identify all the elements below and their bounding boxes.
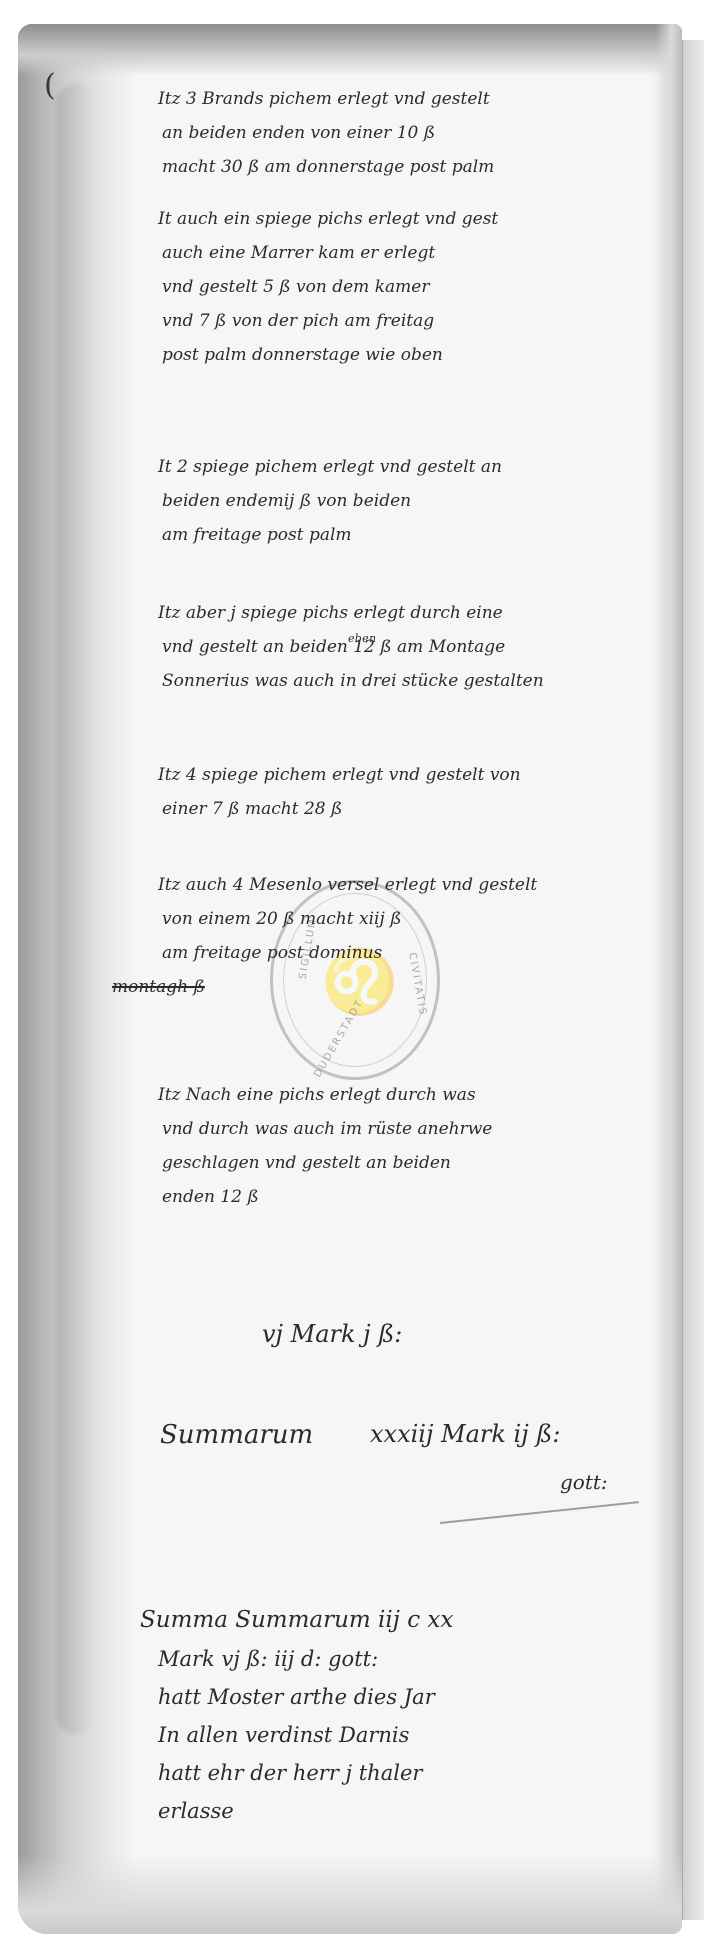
grand-total-line: Summa Summarum iij c xx xyxy=(140,1600,700,1640)
summarum-amount: xxxiij Mark ij ß: xyxy=(370,1420,560,1448)
ledger-entry-5: Itz 4 spiege pichem erlegt vnd gestelt v… xyxy=(112,758,672,826)
entry-line: geschlagen vnd gestelt an beiden xyxy=(112,1146,672,1180)
entry-line: enden 12 ß xyxy=(112,1180,672,1214)
grand-total-line: hatt ehr der herr j thaler xyxy=(140,1754,700,1792)
entry-line: It 2 spiege pichem erlegt vnd gestelt an xyxy=(112,450,672,484)
entry-line: Itz 4 spiege pichem erlegt vnd gestelt v… xyxy=(112,758,672,792)
entry-line: am freitage post palm xyxy=(112,518,672,552)
entry-line: Itz aber j spiege pichs erlegt durch ein… xyxy=(112,596,672,630)
grand-total-line: In allen verdinst Darnis xyxy=(140,1716,700,1754)
struck-out-line: montagh ß xyxy=(112,977,205,997)
entry-line: vnd 7 ß von der pich am freitag xyxy=(112,304,672,338)
entry-line: Itz auch 4 Mesenlo versel erlegt vnd ges… xyxy=(112,868,672,902)
grand-total-line: erlasse xyxy=(140,1792,700,1830)
subtotal: vj Mark j ß: xyxy=(262,1320,402,1348)
entry-line: vnd gestelt 5 ß von dem kamer xyxy=(112,270,672,304)
summarum-note: gott: xyxy=(560,1470,608,1494)
entry-line: vnd gestelt an beiden 12 ß am Montage xyxy=(112,630,672,664)
bottom-edge-wear xyxy=(18,1854,682,1934)
margin-bracket: ( xyxy=(44,68,56,103)
entry-line: von einem 20 ß macht xiij ß xyxy=(112,902,672,936)
entry-line: an beiden enden von einer 10 ß xyxy=(112,116,672,150)
entry-line: Itz Nach eine pichs erlegt durch was xyxy=(112,1078,672,1112)
entry-line: post palm donnerstage wie oben xyxy=(112,338,672,372)
ledger-entry-1: Itz 3 Brands pichem erlegt vnd gestelt a… xyxy=(112,82,672,184)
grand-total-line: hatt Moster arthe dies Jar xyxy=(140,1678,700,1716)
entry-line: Sonnerius was auch in drei stücke gestal… xyxy=(112,664,672,698)
entry-line: It auch ein spiege pichs erlegt vnd gest xyxy=(112,202,672,236)
seal-legend-bottom: DUDERSTADT xyxy=(312,998,366,1080)
entry-line: vnd durch was auch im rüste anehrwe xyxy=(112,1112,672,1146)
entry-line: Itz 3 Brands pichem erlegt vnd gestelt xyxy=(112,82,672,116)
summarum-label: Summarum xyxy=(160,1420,313,1450)
entry-line: einer 7 ß macht 28 ß xyxy=(112,792,672,826)
entry-line: am freitage post dominus xyxy=(112,936,672,970)
entry-line: beiden endemij ß von beiden xyxy=(112,484,672,518)
grand-total-block: Summa Summarum iij c xx Mark vj ß: iij d… xyxy=(140,1600,700,1830)
ledger-entry-3: It 2 spiege pichem erlegt vnd gestelt an… xyxy=(112,450,672,552)
ledger-entry-6: Itz auch 4 Mesenlo versel erlegt vnd ges… xyxy=(112,868,672,1004)
grand-total-line: Mark vj ß: iij d: gott: xyxy=(140,1640,700,1678)
top-edge-wear xyxy=(18,24,682,76)
entry-line: auch eine Marrer kam er erlegt xyxy=(112,236,672,270)
interlinear-note: eben xyxy=(348,632,376,645)
ledger-entry-4: Itz aber j spiege pichs erlegt durch ein… xyxy=(112,596,672,698)
ledger-entry-7: Itz Nach eine pichs erlegt durch was vnd… xyxy=(112,1078,672,1214)
entry-line: macht 30 ß am donnerstage post palm xyxy=(112,150,672,184)
ledger-entry-2: It auch ein spiege pichs erlegt vnd gest… xyxy=(112,202,672,372)
